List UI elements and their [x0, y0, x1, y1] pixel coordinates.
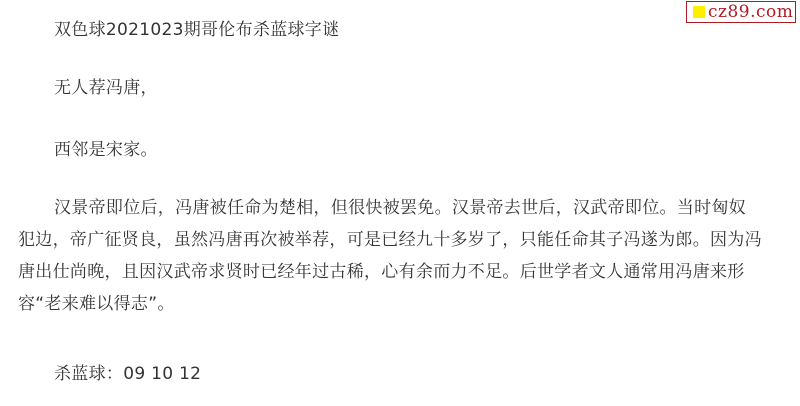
riddle-line-2: 西邻是宋家。 [18, 134, 788, 166]
article-title: 双色球2021023期哥伦布杀蓝球字谜 [18, 14, 788, 46]
kill-blue-numbers: 杀蓝球：09 10 12 [18, 358, 788, 390]
explanation-paragraph: 汉景帝即位后，冯唐被任命为楚相，但很快被罢免。汉景帝去世后，汉武帝即位。当时匈奴… [18, 192, 763, 320]
riddle-line-1: 无人荐冯唐， [18, 72, 788, 104]
